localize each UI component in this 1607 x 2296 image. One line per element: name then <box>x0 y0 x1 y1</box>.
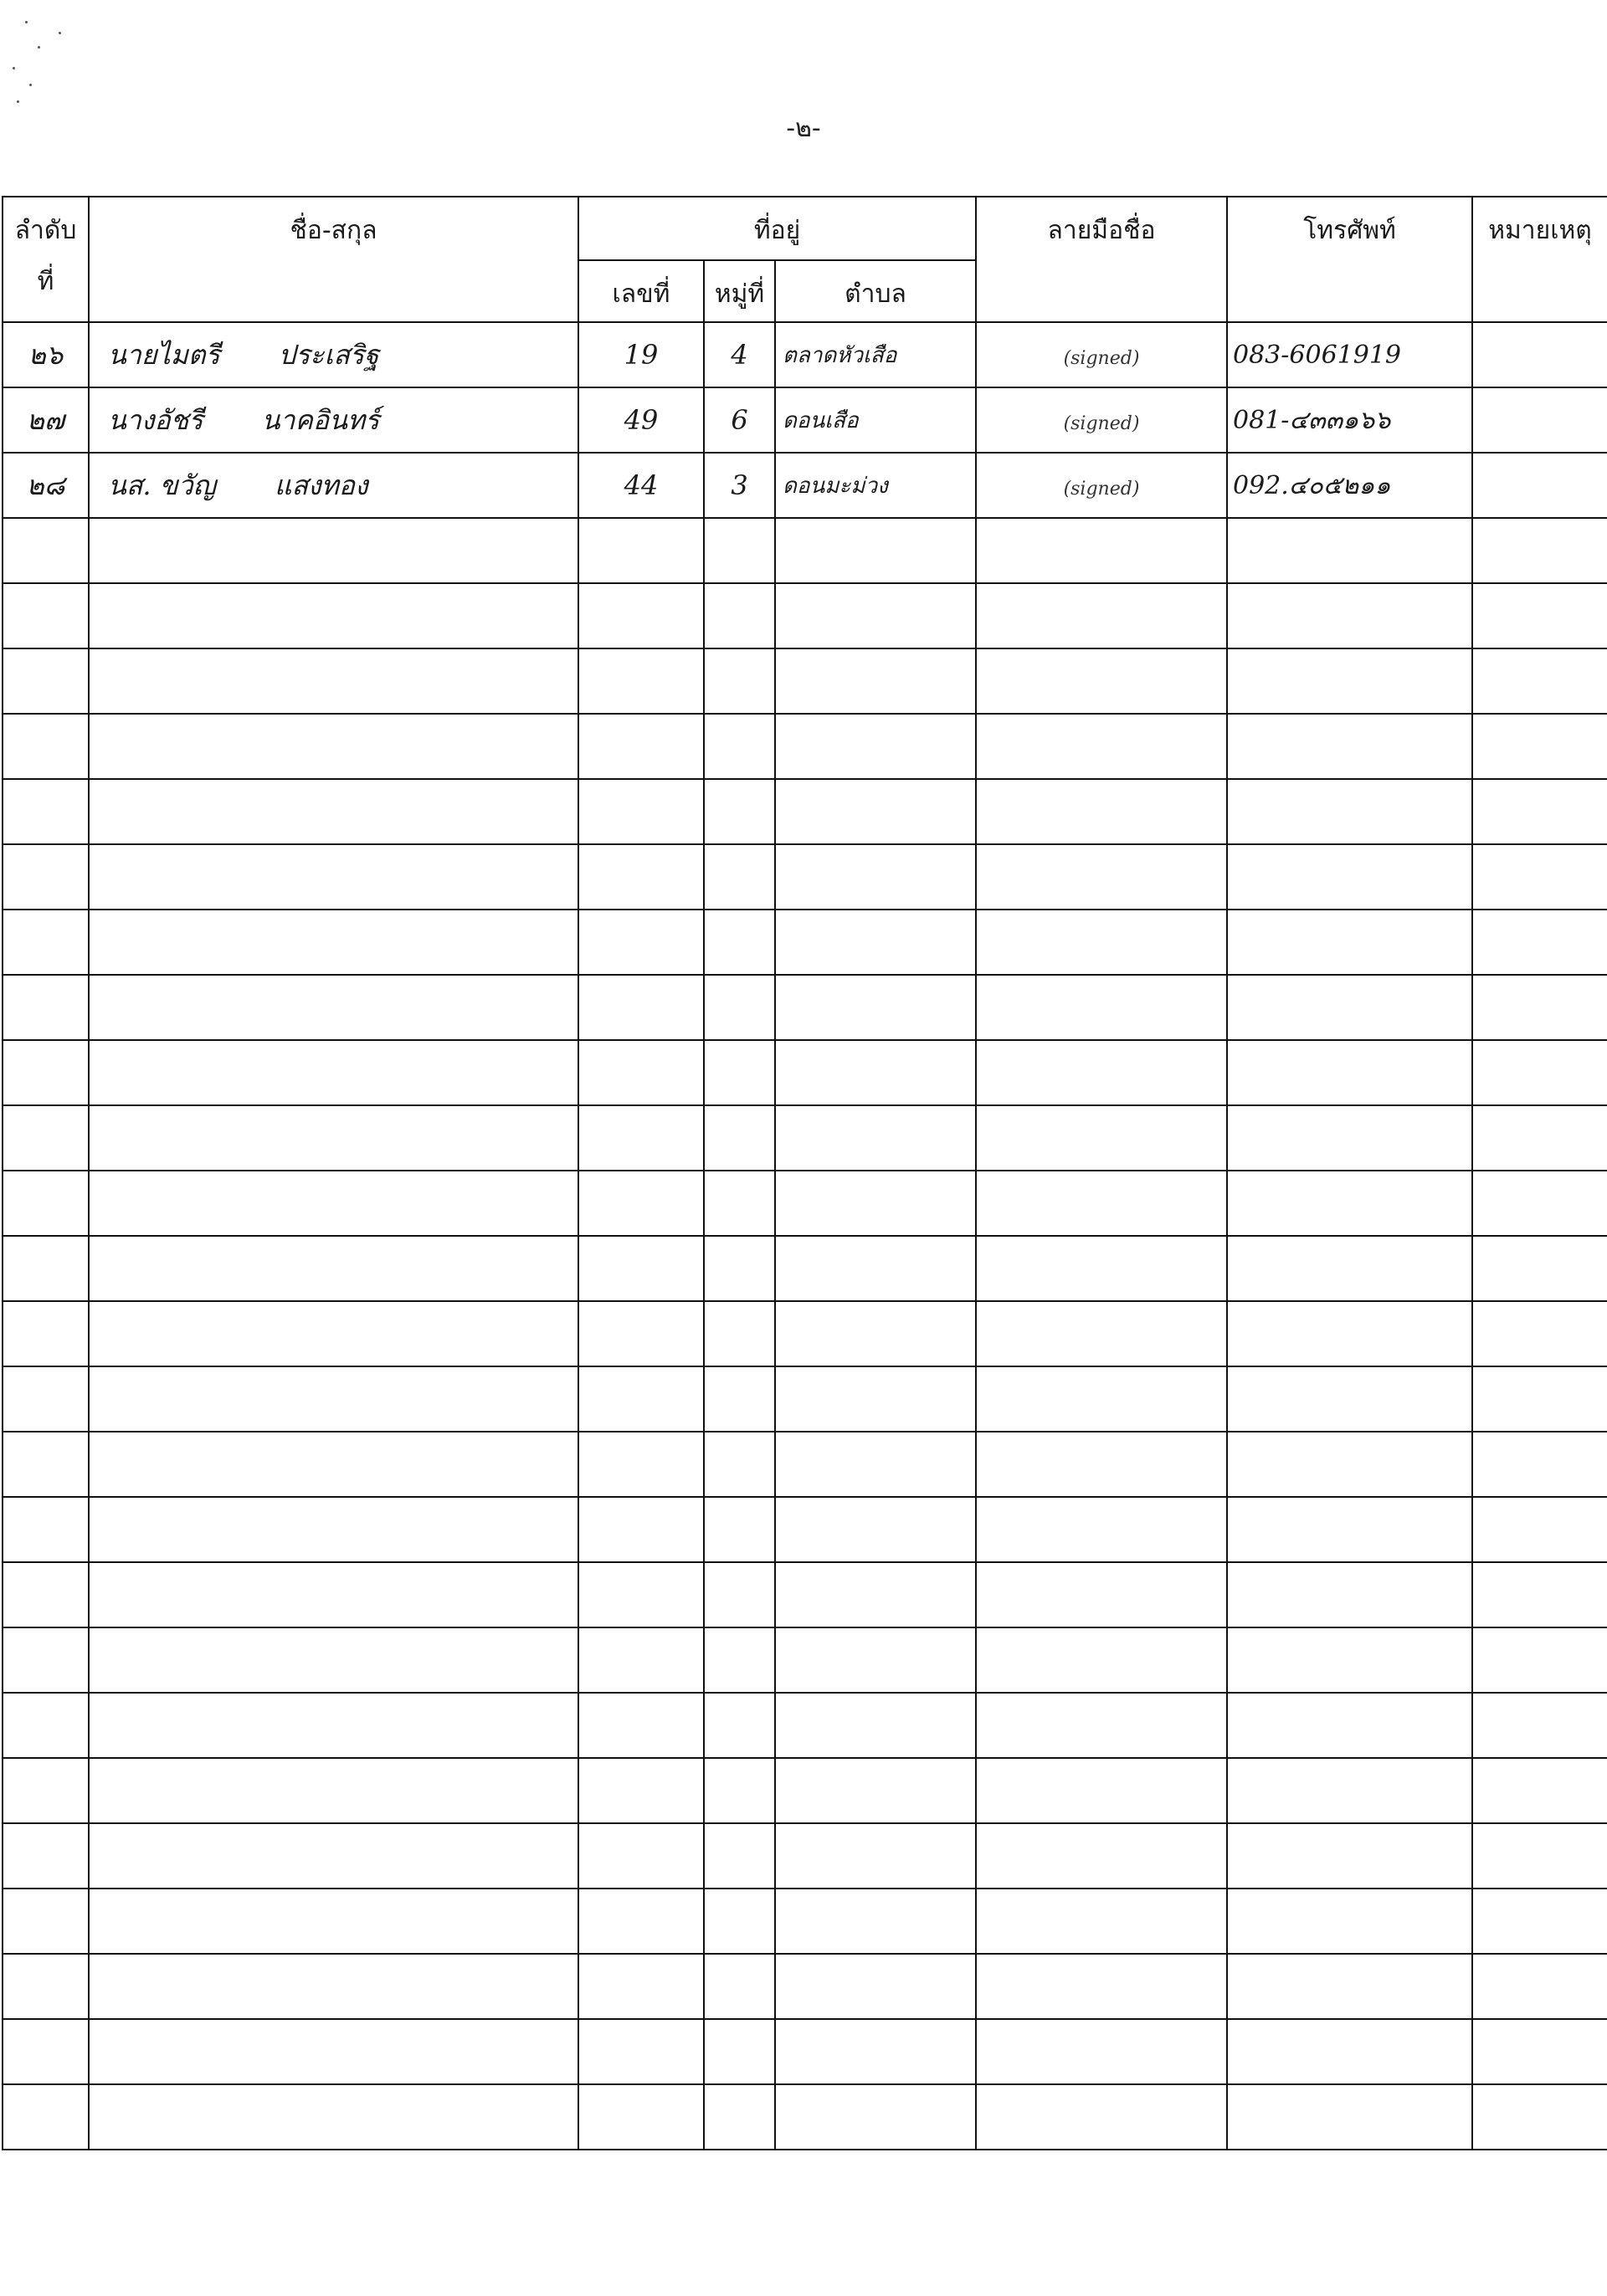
row-moo <box>704 975 775 1040</box>
row-signature <box>976 1497 1227 1562</box>
row-house-no <box>578 1040 704 1105</box>
signature-scribble: (signed) <box>1064 348 1140 369</box>
table-row-empty <box>3 1301 1607 1366</box>
row-tambon <box>775 1171 976 1236</box>
row-house-no <box>578 1889 704 1954</box>
row-name <box>89 1497 578 1562</box>
row-tambon <box>775 1236 976 1301</box>
header-phone: โทรศัพท์ <box>1227 197 1472 322</box>
row-signature <box>976 1040 1227 1105</box>
row-phone <box>1227 583 1472 648</box>
row-signature <box>976 1562 1227 1627</box>
row-name <box>89 2084 578 2150</box>
row-name <box>89 1693 578 1758</box>
row-moo <box>704 1627 775 1693</box>
row-seq <box>3 648 89 714</box>
row-moo <box>704 1758 775 1823</box>
row-seq <box>3 1889 89 1954</box>
row-name <box>89 1758 578 1823</box>
table-row-empty <box>3 844 1607 910</box>
first-name: นายไมตรี <box>108 339 220 371</box>
row-phone <box>1227 2084 1472 2150</box>
row-name <box>89 1171 578 1236</box>
row-remarks <box>1472 453 1607 518</box>
row-seq <box>3 714 89 779</box>
row-tambon <box>775 1040 976 1105</box>
table-row-empty <box>3 518 1607 583</box>
row-seq: ๒๘ <box>3 453 89 518</box>
row-tambon <box>775 844 976 910</box>
row-moo <box>704 910 775 975</box>
row-signature <box>976 1366 1227 1432</box>
row-seq <box>3 1236 89 1301</box>
header-house-no: เลขที่ <box>578 260 704 322</box>
header-name: ชื่อ-สกุล <box>89 197 578 322</box>
row-tambon <box>775 1889 976 1954</box>
row-phone <box>1227 1171 1472 1236</box>
row-seq <box>3 1562 89 1627</box>
row-tambon <box>775 714 976 779</box>
table-row-empty <box>3 1823 1607 1889</box>
row-signature: (signed) <box>976 453 1227 518</box>
row-moo <box>704 1693 775 1758</box>
row-remarks <box>1472 518 1607 583</box>
table-row-empty <box>3 2019 1607 2084</box>
row-phone <box>1227 779 1472 844</box>
row-remarks <box>1472 1693 1607 1758</box>
page-number: -๒- <box>0 109 1607 148</box>
row-name <box>89 1236 578 1301</box>
row-name <box>89 714 578 779</box>
row-remarks <box>1472 1301 1607 1366</box>
row-house-no <box>578 2084 704 2150</box>
table-row-empty <box>3 1105 1607 1171</box>
row-moo <box>704 1954 775 2019</box>
row-phone: 083-6061919 <box>1227 322 1472 387</box>
row-name <box>89 1627 578 1693</box>
row-moo <box>704 714 775 779</box>
row-moo <box>704 844 775 910</box>
row-tambon <box>775 2019 976 2084</box>
row-moo <box>704 1562 775 1627</box>
row-name <box>89 1562 578 1627</box>
first-name: นส. ขวัญ <box>108 469 216 501</box>
row-moo <box>704 1823 775 1889</box>
row-signature <box>976 648 1227 714</box>
table-row: ๒๘นส. ขวัญแสงทอง443ดอนมะม่วง(signed)092.… <box>3 453 1607 518</box>
row-phone: 092.๔๐๕๒๑๑ <box>1227 453 1472 518</box>
row-seq <box>3 1040 89 1105</box>
row-tambon <box>775 975 976 1040</box>
table-row-empty <box>3 1889 1607 1954</box>
table-row-empty <box>3 583 1607 648</box>
row-house-no: 49 <box>578 387 704 453</box>
row-remarks <box>1472 1497 1607 1562</box>
row-house-no <box>578 1954 704 2019</box>
row-moo <box>704 2084 775 2150</box>
row-signature <box>976 844 1227 910</box>
header-moo: หมู่ที่ <box>704 260 775 322</box>
row-tambon <box>775 1366 976 1432</box>
header-seq: ลำดับ ที่ <box>3 197 89 322</box>
row-signature <box>976 779 1227 844</box>
row-remarks <box>1472 1562 1607 1627</box>
row-remarks <box>1472 322 1607 387</box>
row-phone <box>1227 2019 1472 2084</box>
row-name <box>89 2019 578 2084</box>
table-row-empty <box>3 714 1607 779</box>
row-name <box>89 910 578 975</box>
row-tambon <box>775 1954 976 2019</box>
row-signature <box>976 1301 1227 1366</box>
row-tambon <box>775 1823 976 1889</box>
row-signature <box>976 1105 1227 1171</box>
table-row-empty <box>3 910 1607 975</box>
row-tambon <box>775 1497 976 1562</box>
last-name: ประเสริฐ <box>279 339 379 371</box>
row-name <box>89 1301 578 1366</box>
row-seq <box>3 975 89 1040</box>
row-name <box>89 518 578 583</box>
row-name <box>89 583 578 648</box>
row-remarks <box>1472 975 1607 1040</box>
row-phone <box>1227 910 1472 975</box>
row-moo <box>704 1889 775 1954</box>
row-name <box>89 844 578 910</box>
row-tambon: ตลาดหัวเสือ <box>775 322 976 387</box>
row-name: นส. ขวัญแสงทอง <box>89 453 578 518</box>
table-row-empty <box>3 1627 1607 1693</box>
row-house-no <box>578 518 704 583</box>
table-row-empty <box>3 1693 1607 1758</box>
row-name <box>89 1823 578 1889</box>
row-seq <box>3 2084 89 2150</box>
row-phone <box>1227 1889 1472 1954</box>
row-moo <box>704 1497 775 1562</box>
row-moo <box>704 583 775 648</box>
row-tambon <box>775 779 976 844</box>
row-phone <box>1227 1366 1472 1432</box>
row-tambon: ดอนมะม่วง <box>775 453 976 518</box>
row-seq <box>3 1823 89 1889</box>
row-phone <box>1227 1432 1472 1497</box>
row-name <box>89 779 578 844</box>
row-tambon <box>775 1693 976 1758</box>
header-tambon: ตำบล <box>775 260 976 322</box>
table-row-empty <box>3 1366 1607 1432</box>
row-house-no <box>578 1758 704 1823</box>
row-signature: (signed) <box>976 387 1227 453</box>
row-phone <box>1227 1301 1472 1366</box>
row-phone <box>1227 648 1472 714</box>
row-house-no <box>578 1366 704 1432</box>
row-moo <box>704 779 775 844</box>
row-tambon <box>775 910 976 975</box>
table-row-empty <box>3 1954 1607 2019</box>
row-house-no <box>578 1823 704 1889</box>
row-house-no <box>578 714 704 779</box>
row-house-no <box>578 910 704 975</box>
row-signature <box>976 910 1227 975</box>
row-signature: (signed) <box>976 322 1227 387</box>
row-signature <box>976 714 1227 779</box>
row-signature <box>976 1236 1227 1301</box>
row-moo <box>704 1105 775 1171</box>
table-row-empty <box>3 648 1607 714</box>
table-row: ๒๖นายไมตรีประเสริฐ194ตลาดหัวเสือ(signed)… <box>3 322 1607 387</box>
row-seq <box>3 1366 89 1432</box>
row-tambon <box>775 1301 976 1366</box>
row-remarks <box>1472 1366 1607 1432</box>
row-signature <box>976 2084 1227 2150</box>
row-house-no <box>578 1105 704 1171</box>
row-name: นางอัชรีนาคอินทร์ <box>89 387 578 453</box>
row-remarks <box>1472 1105 1607 1171</box>
row-remarks <box>1472 387 1607 453</box>
last-name: นาคอินทร์ <box>262 404 380 436</box>
row-phone <box>1227 714 1472 779</box>
row-house-no <box>578 2019 704 2084</box>
row-phone <box>1227 1823 1472 1889</box>
row-remarks <box>1472 2019 1607 2084</box>
row-tambon <box>775 518 976 583</box>
row-house-no <box>578 1497 704 1562</box>
table-row-empty <box>3 2084 1607 2150</box>
first-name: นางอัชรี <box>108 404 203 436</box>
row-phone <box>1227 1562 1472 1627</box>
row-remarks <box>1472 910 1607 975</box>
row-signature <box>976 2019 1227 2084</box>
row-seq <box>3 779 89 844</box>
row-tambon <box>775 1758 976 1823</box>
header-remarks: หมายเหตุ <box>1472 197 1607 322</box>
row-tambon <box>775 1105 976 1171</box>
row-house-no <box>578 1236 704 1301</box>
row-seq <box>3 1758 89 1823</box>
row-seq <box>3 1693 89 1758</box>
row-house-no <box>578 1627 704 1693</box>
row-seq: ๒๗ <box>3 387 89 453</box>
table-row-empty <box>3 1432 1607 1497</box>
row-moo <box>704 648 775 714</box>
row-house-no <box>578 1171 704 1236</box>
row-signature <box>976 583 1227 648</box>
row-house-no: 44 <box>578 453 704 518</box>
row-house-no <box>578 1562 704 1627</box>
row-moo <box>704 1236 775 1301</box>
header-address: ที่อยู่ <box>578 197 976 260</box>
row-seq <box>3 1497 89 1562</box>
row-signature <box>976 518 1227 583</box>
row-signature <box>976 1432 1227 1497</box>
row-name <box>89 1366 578 1432</box>
table-row-empty <box>3 1171 1607 1236</box>
row-remarks <box>1472 844 1607 910</box>
row-remarks <box>1472 1889 1607 1954</box>
row-remarks <box>1472 714 1607 779</box>
row-seq: ๒๖ <box>3 322 89 387</box>
row-moo <box>704 1040 775 1105</box>
row-signature <box>976 1758 1227 1823</box>
row-house-no: 19 <box>578 322 704 387</box>
row-phone <box>1227 518 1472 583</box>
row-seq <box>3 1432 89 1497</box>
row-remarks <box>1472 1236 1607 1301</box>
row-house-no <box>578 648 704 714</box>
row-name <box>89 1040 578 1105</box>
row-remarks <box>1472 1823 1607 1889</box>
row-phone <box>1227 1105 1472 1171</box>
row-name <box>89 1432 578 1497</box>
row-seq <box>3 583 89 648</box>
row-phone <box>1227 975 1472 1040</box>
row-seq <box>3 1627 89 1693</box>
row-signature <box>976 1693 1227 1758</box>
row-signature <box>976 1889 1227 1954</box>
row-remarks <box>1472 1758 1607 1823</box>
row-name <box>89 1105 578 1171</box>
row-seq <box>3 1105 89 1171</box>
row-tambon <box>775 1432 976 1497</box>
row-moo: 6 <box>704 387 775 453</box>
row-house-no <box>578 975 704 1040</box>
table-row-empty <box>3 1040 1607 1105</box>
header-signature: ลายมือชื่อ <box>976 197 1227 322</box>
row-moo: 4 <box>704 322 775 387</box>
row-signature <box>976 1627 1227 1693</box>
row-house-no <box>578 1693 704 1758</box>
signature-scribble: (signed) <box>1064 413 1140 434</box>
row-signature <box>976 1171 1227 1236</box>
table-row-empty <box>3 1497 1607 1562</box>
row-name <box>89 1889 578 1954</box>
row-tambon <box>775 2084 976 2150</box>
row-house-no <box>578 583 704 648</box>
row-seq <box>3 2019 89 2084</box>
row-seq <box>3 1954 89 2019</box>
table-row-empty <box>3 779 1607 844</box>
row-name <box>89 648 578 714</box>
row-remarks <box>1472 1171 1607 1236</box>
registration-table: ลำดับ ที่ ชื่อ-สกุล ที่อยู่ ลายมือชื่อ โ… <box>2 196 1607 2150</box>
row-remarks <box>1472 1040 1607 1105</box>
row-moo <box>704 518 775 583</box>
row-remarks <box>1472 1432 1607 1497</box>
row-tambon <box>775 648 976 714</box>
row-house-no <box>578 1432 704 1497</box>
row-moo <box>704 1171 775 1236</box>
row-seq <box>3 1301 89 1366</box>
row-moo <box>704 2019 775 2084</box>
row-moo <box>704 1366 775 1432</box>
row-phone <box>1227 1758 1472 1823</box>
row-seq <box>3 518 89 583</box>
table-row: ๒๗นางอัชรีนาคอินทร์496ดอนเสือ(signed)081… <box>3 387 1607 453</box>
row-name: นายไมตรีประเสริฐ <box>89 322 578 387</box>
row-signature <box>976 975 1227 1040</box>
row-moo <box>704 1301 775 1366</box>
row-remarks <box>1472 1954 1607 2019</box>
row-seq <box>3 844 89 910</box>
row-house-no <box>578 844 704 910</box>
row-seq <box>3 1171 89 1236</box>
table-body: ๒๖นายไมตรีประเสริฐ194ตลาดหัวเสือ(signed)… <box>3 322 1607 2150</box>
row-remarks <box>1472 1627 1607 1693</box>
row-phone <box>1227 1627 1472 1693</box>
table-row-empty <box>3 1562 1607 1627</box>
row-moo <box>704 1432 775 1497</box>
row-remarks <box>1472 583 1607 648</box>
row-phone <box>1227 1954 1472 2019</box>
row-house-no <box>578 1301 704 1366</box>
row-remarks <box>1472 2084 1607 2150</box>
table-row-empty <box>3 1758 1607 1823</box>
row-remarks <box>1472 648 1607 714</box>
table-row-empty <box>3 975 1607 1040</box>
row-signature <box>976 1823 1227 1889</box>
row-seq <box>3 910 89 975</box>
row-tambon <box>775 1627 976 1693</box>
row-tambon: ดอนเสือ <box>775 387 976 453</box>
table-row-empty <box>3 1236 1607 1301</box>
row-house-no <box>578 779 704 844</box>
row-name <box>89 1954 578 2019</box>
row-remarks <box>1472 779 1607 844</box>
row-phone <box>1227 1040 1472 1105</box>
row-moo: 3 <box>704 453 775 518</box>
row-name <box>89 975 578 1040</box>
row-tambon <box>775 583 976 648</box>
row-signature <box>976 1954 1227 2019</box>
last-name: แสงทอง <box>275 469 368 501</box>
row-tambon <box>775 1562 976 1627</box>
row-phone: 081-๔๓๓๑๖๖ <box>1227 387 1472 453</box>
row-phone <box>1227 1497 1472 1562</box>
row-phone <box>1227 1236 1472 1301</box>
row-phone <box>1227 844 1472 910</box>
signature-scribble: (signed) <box>1064 479 1140 500</box>
row-phone <box>1227 1693 1472 1758</box>
